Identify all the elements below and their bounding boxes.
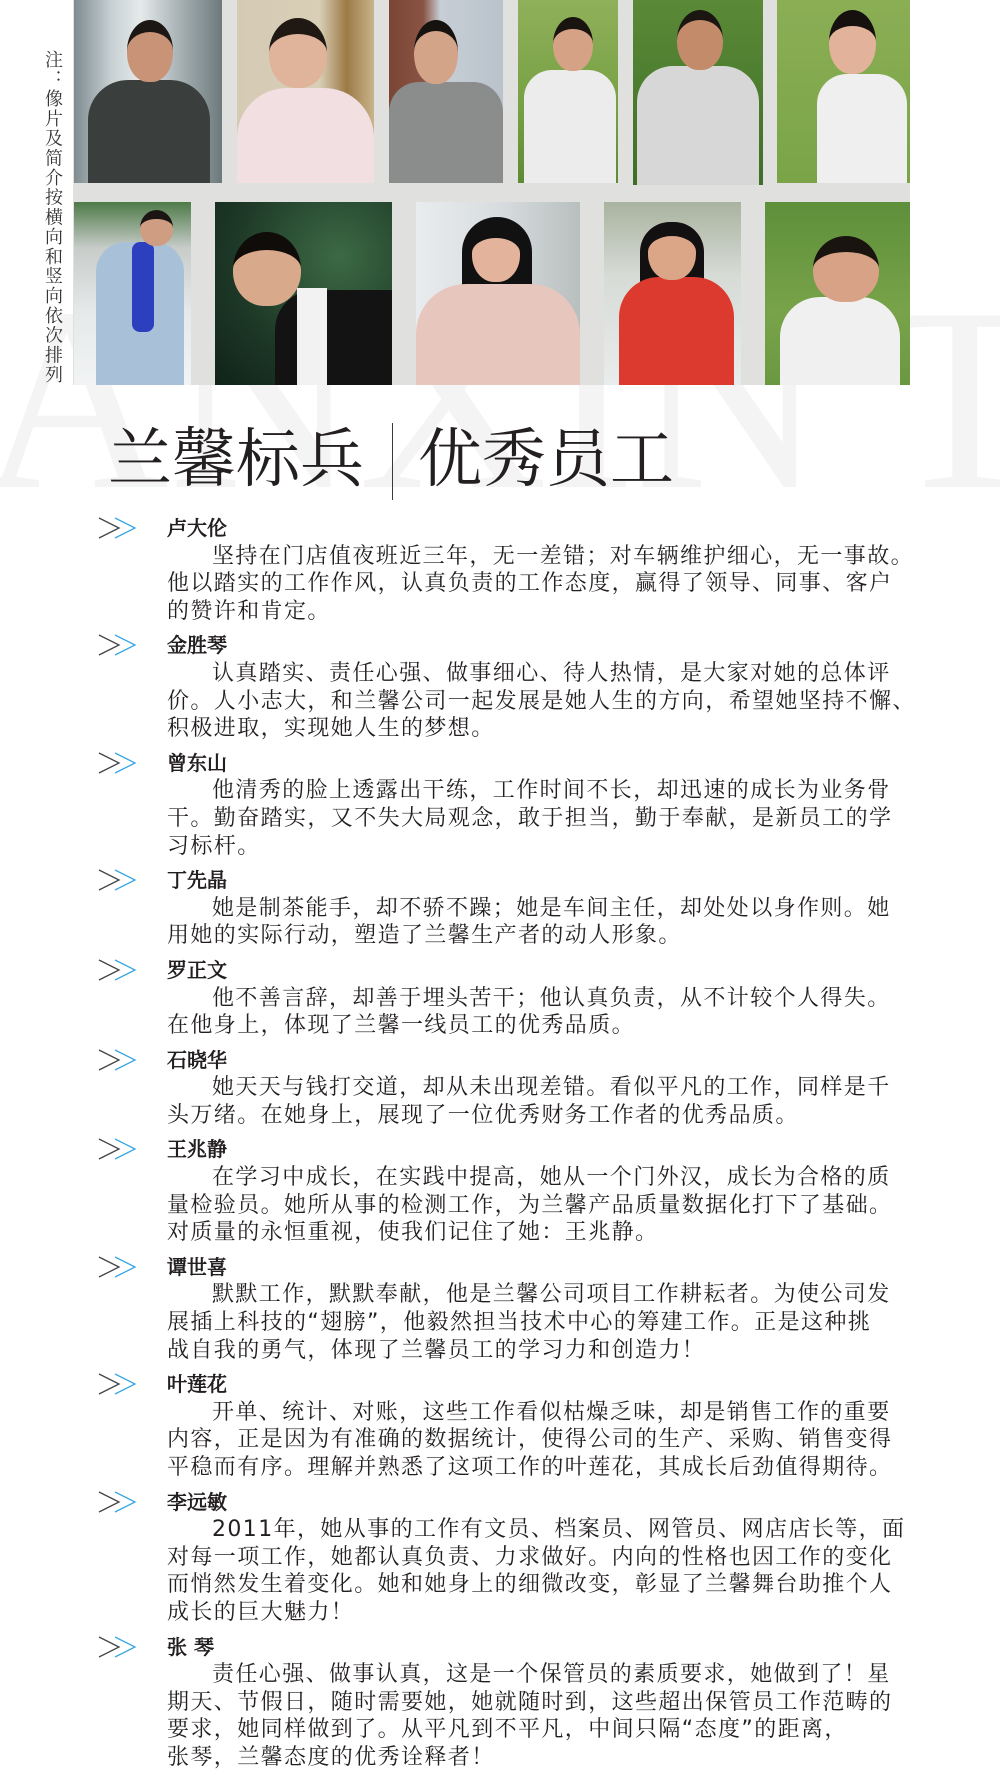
photo-figure-head	[140, 210, 173, 246]
employee-bio-line: 内容，正是因为有准确的数据统计，使得公司的生产、采购、销售变得	[167, 1426, 1000, 1454]
employee-bio-line: 积极进取，实现她人生的梦想。	[167, 715, 1000, 743]
employee-entry: 金胜琴 认真踏实、责任心强、做事细心、待人热情，是大家对她的总体评 价。人小志大…	[0, 632, 1000, 742]
employee-bio-line: 量检验员。她所从事的检测工作，为兰馨产品质量数据化打下了基础。	[167, 1192, 1000, 1220]
employee-entry: 卢大伦 坚持在门店值夜班近三年，无一差错；对车辆维护细心，无一事故。 他以踏实的…	[0, 515, 1000, 625]
employee-bio-line: 她天天与钱打交道，却从未出现差错。看似平凡的工作，同样是千	[167, 1074, 1000, 1102]
employee-bio-line: 他不善言辞，却善于埋头苦干；他认真负责，从不计较个人得失。	[167, 985, 1000, 1013]
employee-photo	[215, 202, 392, 385]
employee-photo	[416, 202, 580, 385]
photo-figure-head	[127, 20, 173, 82]
employee-bio-line: 默默工作，默默奉献，他是兰馨公司项目工作耕耘者。为使公司发	[167, 1281, 1000, 1309]
employee-bio-line: 的赞许和肯定。	[167, 598, 1000, 626]
double-chevron-right-icon	[98, 1636, 138, 1658]
photo-figure-body	[780, 297, 900, 385]
double-chevron-right-icon	[98, 1256, 138, 1278]
photo-figure-scarf	[132, 242, 154, 332]
photo-figure-head	[414, 20, 458, 84]
employee-name: 金胜琴	[167, 632, 1000, 660]
employee-bio-line: 头万绪。在她身上，展现了一位优秀财务工作者的优秀品质。	[167, 1102, 1000, 1130]
employee-bio-line: 在他身上，体现了兰馨一线员工的优秀品质。	[167, 1012, 1000, 1040]
photo-figure-head	[269, 18, 327, 88]
employee-photo	[518, 0, 618, 183]
employee-bio-line: 展插上科技的“翅膀”，他毅然担当技术中心的筹建工作。正是这种挑	[167, 1309, 1000, 1337]
title-divider	[392, 423, 393, 500]
double-chevron-right-icon	[98, 634, 138, 656]
photo-figure-head	[553, 17, 593, 71]
employee-entry: 叶莲花 开单、统计、对账，这些工作看似枯燥乏味，却是销售工作的重要 内容，正是因…	[0, 1371, 1000, 1481]
employee-bio-line: 在学习中成长，在实践中提高，她从一个门外汉，成长为合格的质	[167, 1164, 1000, 1192]
employee-bio-line: 战自我的勇气，体现了兰馨员工的学习力和创造力！	[167, 1337, 1000, 1365]
employee-bio-line: 认真踏实、责任心强、做事细心、待人热情，是大家对她的总体评	[167, 660, 1000, 688]
photo-grid	[73, 0, 910, 385]
double-chevron-right-icon	[98, 1491, 138, 1513]
employee-name: 谭世喜	[167, 1254, 1000, 1282]
employee-photo	[389, 0, 503, 183]
employee-bio-line: 期天、节假日，随时需要她，她就随时到，这些超出保管员工作范畴的	[167, 1689, 1000, 1717]
double-chevron-right-icon	[98, 752, 138, 774]
employee-name: 李远敏	[167, 1489, 1000, 1517]
employee-name: 曾东山	[167, 750, 1000, 778]
employee-bio-line: 平稳而有序。理解并熟悉了这项工作的叶莲花，其成长后劲值得期待。	[167, 1454, 1000, 1482]
employee-entry: 王兆静 在学习中成长，在实践中提高，她从一个门外汉，成长为合格的质 量检验员。她…	[0, 1136, 1000, 1246]
photo-figure-body	[524, 70, 616, 183]
employee-name: 王兆静	[167, 1136, 1000, 1164]
photo-figure-head	[648, 224, 696, 280]
page-title-part1: 兰馨标兵	[108, 428, 364, 492]
photo-figure-head	[233, 232, 301, 306]
photo-figure-head	[677, 10, 723, 70]
photo-figure-head	[472, 224, 520, 282]
employee-entry: 石晓华 她天天与钱打交道，却从未出现差错。看似平凡的工作，同样是千 头万绪。在她…	[0, 1047, 1000, 1130]
photo-figure-body	[389, 82, 503, 183]
photo-figure-body	[237, 88, 374, 183]
double-chevron-right-icon	[98, 1049, 138, 1071]
employee-bio-line: 责任心强、做事认真，这是一个保管员的素质要求，她做到了！星	[167, 1661, 1000, 1689]
employee-photo	[765, 202, 910, 385]
photo-figure-shirt	[297, 288, 327, 385]
double-chevron-right-icon	[98, 1373, 138, 1395]
employee-bio-line: 对质量的永恒重视，使我们记住了她：王兆静。	[167, 1219, 1000, 1247]
employee-entry: 谭世喜 默默工作，默默奉献，他是兰馨公司项目工作耕耘者。为使公司发 展插上科技的…	[0, 1254, 1000, 1364]
photo-figure-body	[88, 80, 210, 183]
employee-bio-line: 张琴，兰馨态度的优秀诠释者！	[167, 1744, 1000, 1772]
employee-bio-line: 2011年，她从事的工作有文员、档案员、网管员、网店店长等，面	[167, 1516, 1000, 1544]
employee-bio-line: 要求，她同样做到了。从平凡到不平凡，中间只隔“态度”的距离，	[167, 1716, 1000, 1744]
employee-bio-line: 坚持在门店值夜班近三年，无一差错；对车辆维护细心，无一事故。	[167, 543, 1000, 571]
employee-name: 石晓华	[167, 1047, 1000, 1075]
photo-figure-body	[619, 277, 734, 385]
page-title-part2: 优秀员工	[418, 428, 674, 492]
employee-entry: 罗正文 他不善言辞，却善于埋头苦干；他认真负责，从不计较个人得失。 在他身上，体…	[0, 957, 1000, 1040]
employee-list: 卢大伦 坚持在门店值夜班近三年，无一差错；对车辆维护细心，无一事故。 他以踏实的…	[0, 515, 1000, 1779]
employee-name: 卢大伦	[167, 515, 1000, 543]
employee-bio-line: 他以踏实的工作作风，认真负责的工作态度，赢得了领导、同事、客户	[167, 570, 1000, 598]
employee-bio-line: 干。勤奋踏实，又不失大局观念，敢于担当，勤于奉献，是新员工的学	[167, 805, 1000, 833]
photo-figure-head	[813, 236, 879, 302]
employee-name: 丁先晶	[167, 867, 1000, 895]
photo-order-note: 注：像片及简介按横向和竖向依次排列	[42, 50, 62, 385]
employee-bio-line: 他清秀的脸上透露出干练，工作时间不长，却迅速的成长为业务骨	[167, 777, 1000, 805]
double-chevron-right-icon	[98, 959, 138, 981]
photo-figure-body	[416, 284, 580, 385]
employee-entry: 丁先晶 她是制茶能手，却不骄不躁；她是车间主任，却处处以身作则。她 用她的实际行…	[0, 867, 1000, 950]
photo-figure-head	[829, 10, 876, 74]
employee-bio-line: 价。人小志大，和兰馨公司一起发展是她人生的方向，希望她坚持不懈、	[167, 688, 1000, 716]
employee-name: 叶莲花	[167, 1371, 1000, 1399]
employee-photo	[74, 202, 191, 385]
employee-bio-line: 她是制茶能手，却不骄不躁；她是车间主任，却处处以身作则。她	[167, 895, 1000, 923]
double-chevron-right-icon	[98, 1138, 138, 1160]
employee-bio-line: 成长的巨大魅力！	[167, 1599, 1000, 1627]
photo-figure-body	[637, 66, 759, 185]
double-chevron-right-icon	[98, 517, 138, 539]
employee-bio-line: 用她的实际行动，塑造了兰馨生产者的动人形象。	[167, 922, 1000, 950]
double-chevron-right-icon	[98, 869, 138, 891]
employee-photo	[604, 202, 741, 385]
employee-photo	[237, 0, 374, 183]
employee-bio-line: 对每一项工作，她都认真负责、力求做好。内向的性格也因工作的变化	[167, 1544, 1000, 1572]
employee-entry: 曾东山 他清秀的脸上透露出干练，工作时间不长，却迅速的成长为业务骨 干。勤奋踏实…	[0, 750, 1000, 860]
employee-bio-line: 开单、统计、对账，这些工作看似枯燥乏味，却是销售工作的重要	[167, 1399, 1000, 1427]
employee-bio-line: 习标杆。	[167, 833, 1000, 861]
photo-figure-body	[275, 290, 392, 385]
employee-photo	[777, 0, 910, 183]
employee-photo	[74, 0, 222, 183]
employee-name: 张 琴	[167, 1634, 1000, 1662]
photo-figure-body	[817, 74, 907, 183]
employee-bio-line: 而悄然发生着变化。她和她身上的细微改变，彰显了兰馨舞台助推个人	[167, 1571, 1000, 1599]
employee-name: 罗正文	[167, 957, 1000, 985]
employee-photo	[633, 0, 763, 185]
employee-entry: 张 琴 责任心强、做事认真，这是一个保管员的素质要求，她做到了！星 期天、节假日…	[0, 1634, 1000, 1772]
employee-entry: 李远敏 2011年，她从事的工作有文员、档案员、网管员、网店店长等，面 对每一项…	[0, 1489, 1000, 1627]
